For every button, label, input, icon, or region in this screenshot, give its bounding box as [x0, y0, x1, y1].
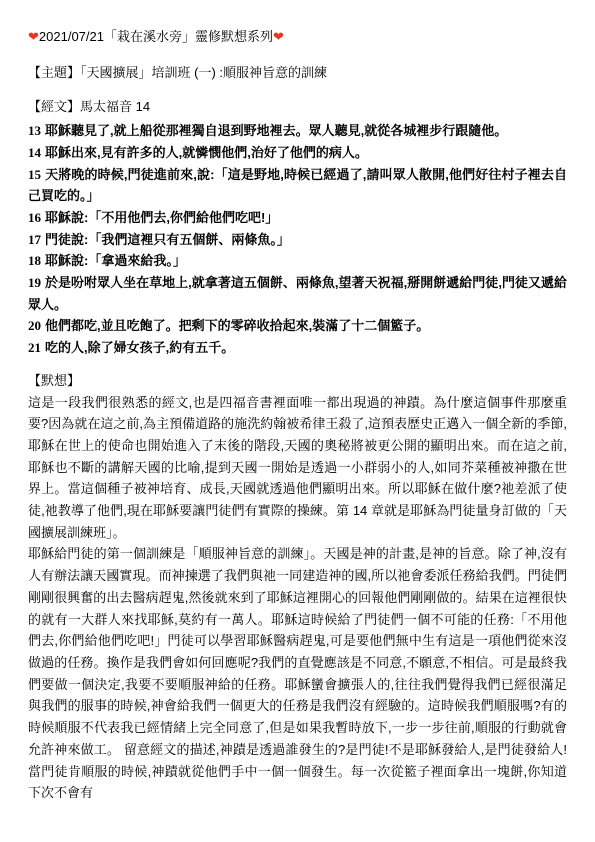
verse-line-16: 16耶穌說:「不用他們去,你們給他們吃吧!」 — [28, 207, 567, 229]
verse-text: 耶穌出來,見有許多的人,就憐憫他們,治好了他們的病人。 — [45, 145, 368, 160]
verse-text: 耶穌說:「不用他們去,你們給他們吃吧!」 — [45, 210, 278, 225]
verse-line-18: 18耶穌說:「拿過來給我。」 — [28, 250, 567, 272]
verse-number: 19 — [28, 275, 41, 290]
verse-line-13: 13耶穌聽見了,就上船從那裡獨自退到野地裡去。眾人聽見,就從各城裡步行跟隨他。 — [28, 120, 567, 142]
meditation-paragraph-1: 這是一段我們很熟悉的經文,也是四福音書裡面唯一都出現過的神蹟。為什麼這個事件那麼… — [28, 392, 567, 544]
series-header: ❤2021/07/21「栽在溪水旁」靈修默想系列❤ — [28, 26, 567, 49]
scripture-reference: 【經文】馬太福音 14 — [28, 96, 567, 118]
verse-text: 門徒說:「我們這裡只有五個餅、兩條魚。」 — [45, 232, 290, 247]
verse-line-14: 14耶穌出來,見有許多的人,就憐憫他們,治好了他們的病人。 — [28, 142, 567, 164]
heart-icon: ❤ — [273, 30, 284, 45]
topic-title: 「天國擴展」培訓班 (一) :順服神旨意的訓練 — [80, 65, 327, 80]
verse-line-20: 20他們都吃,並且吃飽了。把剩下的零碎收拾起來,裝滿了十二個籃子。 — [28, 315, 567, 337]
scripture-passage: 13耶穌聽見了,就上船從那裡獨自退到野地裡去。眾人聽見,就從各城裡步行跟隨他。 … — [28, 120, 567, 359]
topic-label: 【主題】 — [28, 65, 80, 80]
verse-number: 14 — [28, 145, 41, 160]
scripture-book-chapter: 馬太福音 14 — [80, 99, 150, 114]
series-title: 2021/07/21「栽在溪水旁」靈修默想系列 — [39, 29, 273, 44]
verse-number: 21 — [28, 340, 41, 355]
verse-text: 他們都吃,並且吃飽了。把剩下的零碎收拾起來,裝滿了十二個籃子。 — [45, 318, 429, 333]
topic-line: 【主題】「天國擴展」培訓班 (一) :順服神旨意的訓練 — [28, 62, 567, 84]
verse-line-19: 19於是吩咐眾人坐在草地上,就拿著這五個餅、兩條魚,望著天祝福,掰開餅遞給門徒,… — [28, 272, 567, 315]
verse-line-17: 17門徒說:「我們這裡只有五個餅、兩條魚。」 — [28, 229, 567, 251]
verse-number: 16 — [28, 210, 41, 225]
verse-text: 於是吩咐眾人坐在草地上,就拿著這五個餅、兩條魚,望著天祝福,掰開餅遞給門徒,門徒… — [28, 275, 567, 312]
verse-number: 18 — [28, 253, 41, 268]
heart-icon: ❤ — [28, 30, 39, 45]
meditation-heading: 【默想】 — [28, 370, 567, 392]
verse-number: 15 — [28, 167, 41, 182]
verse-line-21: 21吃的人,除了婦女孩子,約有五千。 — [28, 337, 567, 359]
verse-text: 天將晚的時候,門徒進前來,說:「這是野地,時候已經過了,請叫眾人散開,他們好往村… — [28, 167, 567, 204]
meditation-paragraph-2: 耶穌給門徒的第一個訓練是「順服神旨意的訓練」。天國是神的計畫,是神的旨意。除了神… — [28, 543, 567, 803]
verse-number: 20 — [28, 318, 41, 333]
scripture-label: 【經文】 — [28, 99, 80, 114]
document-page: ❤2021/07/21「栽在溪水旁」靈修默想系列❤ 【主題】「天國擴展」培訓班 … — [0, 0, 595, 842]
verse-number: 13 — [28, 123, 41, 138]
verse-line-15: 15天將晚的時候,門徒進前來,說:「這是野地,時候已經過了,請叫眾人散開,他們好… — [28, 164, 567, 207]
verse-number: 17 — [28, 232, 41, 247]
verse-text: 耶穌聽見了,就上船從那裡獨自退到野地裡去。眾人聽見,就從各城裡步行跟隨他。 — [45, 123, 507, 138]
meditation-section: 【默想】 這是一段我們很熟悉的經文,也是四福音書裡面唯一都出現過的神蹟。為什麼這… — [28, 370, 567, 804]
verse-text: 吃的人,除了婦女孩子,約有五千。 — [45, 340, 234, 355]
verse-text: 耶穌說:「拿過來給我。」 — [45, 253, 186, 268]
